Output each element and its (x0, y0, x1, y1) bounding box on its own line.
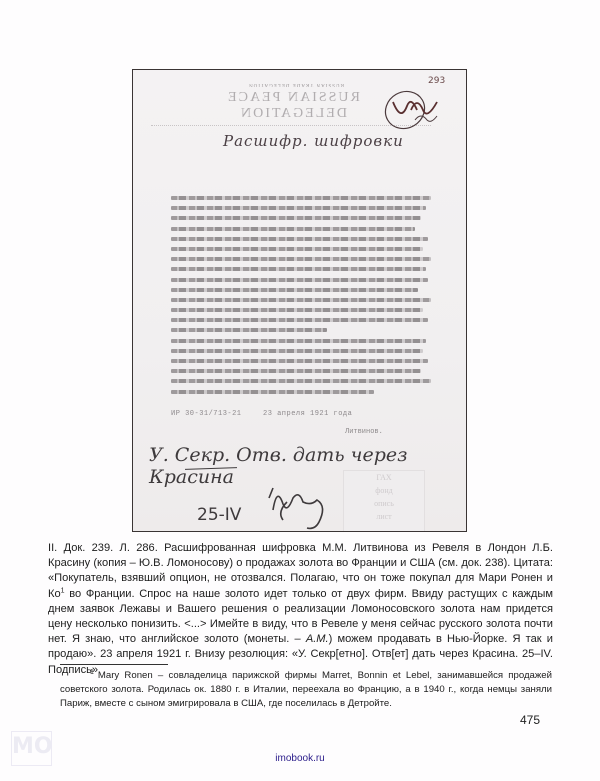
typed-line (171, 247, 423, 251)
typed-line (171, 196, 431, 200)
letterhead-title: RUSSIAN PEACE DELEGATION (173, 90, 413, 122)
stamp-line: опись (344, 497, 424, 510)
typed-line (171, 369, 421, 373)
typed-line (171, 257, 431, 261)
typed-line (171, 237, 428, 241)
handwritten-signature-icon (263, 480, 333, 530)
typed-line (171, 308, 423, 312)
typed-line (171, 278, 428, 282)
archive-sheet-number: 293 (428, 76, 445, 86)
footnote-separator (60, 664, 168, 665)
stamp-line: фонд (344, 484, 424, 497)
typed-date: 23 апреля 1921 года (263, 410, 352, 418)
archival-document-photo: RUSSIAN TRADE DELEGATION RUSSIAN PEACE D… (132, 69, 467, 532)
typed-line (171, 359, 428, 363)
archive-stamp: ГАХ фонд опись лист (343, 470, 425, 532)
typed-line (171, 298, 431, 302)
typed-line (171, 318, 428, 322)
site-link[interactable]: imobook.ru (0, 753, 600, 764)
stamp-line: лист (344, 510, 424, 523)
typed-line (171, 349, 423, 353)
typed-line (171, 328, 327, 332)
typed-line (171, 390, 374, 394)
letterhead-subtitle: RUSSIAN TRADE DELEGATION (221, 82, 371, 87)
typed-signature: Литвинов. (345, 428, 383, 436)
footnote: 1Mary Ronen – совладелица парижской фирм… (60, 666, 552, 711)
editor-initials: А.М. (306, 633, 329, 645)
footnote-text: Mary Ronen – совладелица парижской фирмы… (60, 670, 552, 709)
figure-caption: II. Док. 239. Л. 286. Расшифрованная шиф… (48, 541, 553, 678)
reference-number: ИР 30-31/713-21 (171, 410, 242, 418)
footnote-number: 1 (90, 669, 94, 676)
typed-line (171, 288, 418, 292)
typed-line (171, 227, 415, 231)
handwritten-title: Расшифр. шифровки (223, 132, 404, 150)
typed-line (171, 379, 431, 383)
typed-line (171, 216, 421, 220)
handwritten-registration-mark-icon (381, 80, 443, 132)
page-number: 475 (520, 713, 540, 727)
typed-line (171, 339, 426, 343)
stamp-line: ГАХ (344, 471, 424, 484)
typed-line (171, 206, 426, 210)
handwritten-date: 25-IV (197, 505, 241, 525)
typewritten-body (171, 196, 431, 400)
typed-line (171, 267, 426, 271)
